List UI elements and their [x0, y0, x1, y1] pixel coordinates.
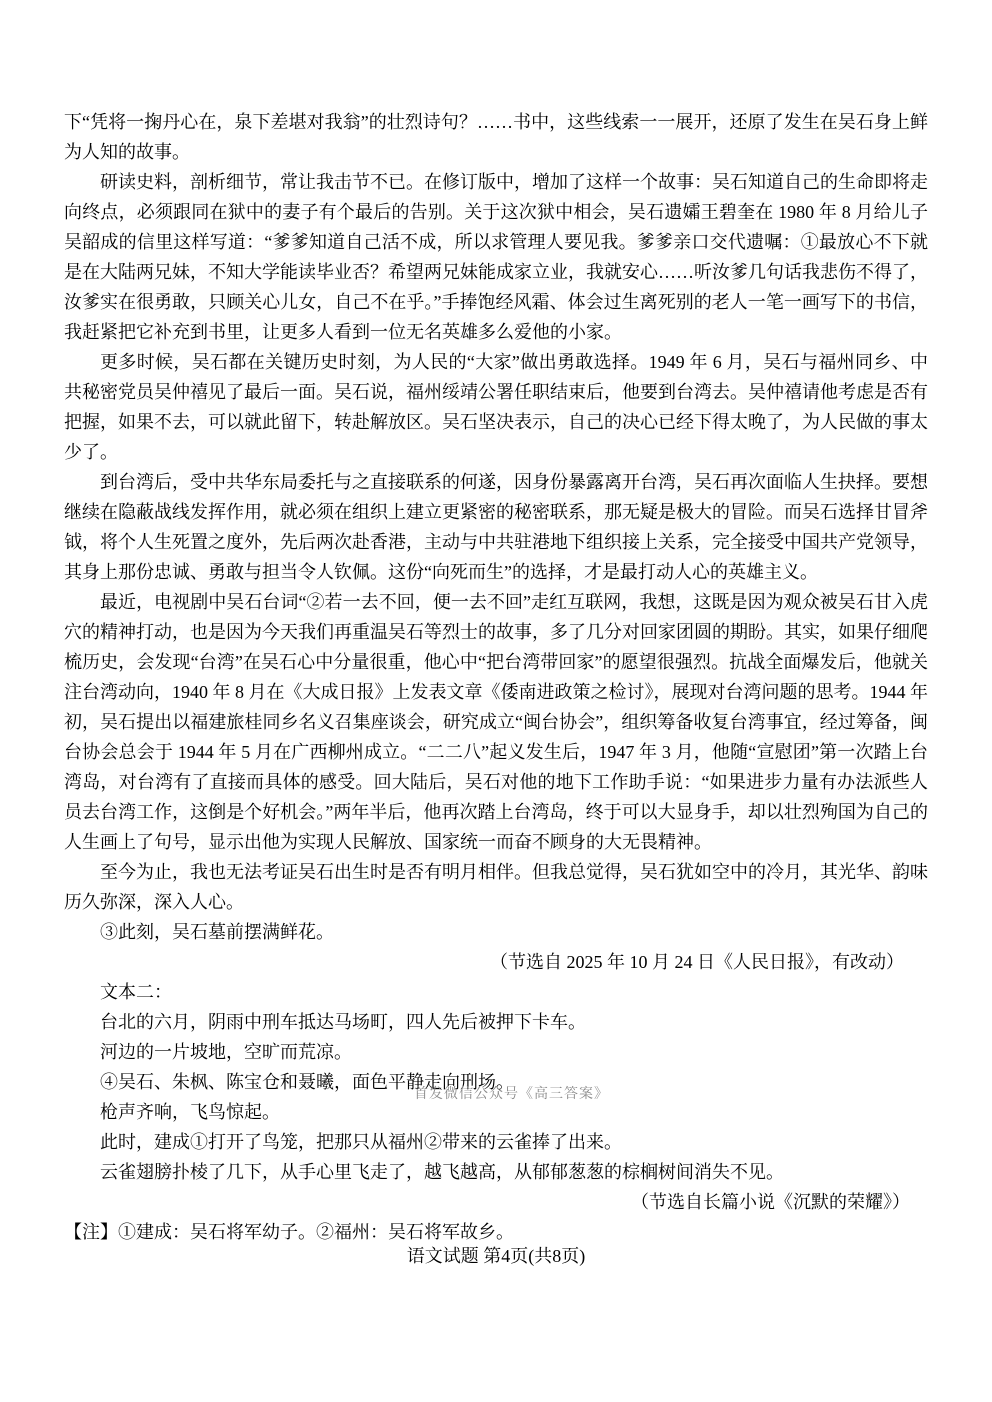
watermark-text: 首发微信公众号《高三答案》 — [414, 1085, 609, 1101]
paragraph-prison-farewell: 研读史料，剖析细节，常让我击节不已。在修订版中，增加了这样一个故事：吴石知道自己… — [64, 167, 928, 347]
attribution-text-one: （节选自 2025 年 10 月 24 日《人民日报》，有改动） — [64, 947, 928, 977]
attribution-text-two: （节选自长篇小说《沉默的荣耀》） — [64, 1187, 928, 1217]
paragraph-taipei-june: 台北的六月，阴雨中刑车抵达马场町，四人先后被押下卡车。 — [64, 1007, 928, 1037]
page-footer: 语文试题 第4页(共8页) — [0, 1245, 992, 1267]
paragraph-cold-moon: 至今为止，我也无法考证吴石出生时是否有明月相伴。但我总觉得，吴石犹如空中的冷月，… — [64, 857, 928, 917]
paragraph-flowers-at-tomb: ③此刻，吴石墓前摆满鲜花。 — [64, 917, 928, 947]
paragraph-continuation: 下“凭将一掬丹心在，泉下差堪对我翁”的壮烈诗句？……书中，这些线索一一展开，还原… — [64, 107, 928, 167]
paragraph-tv-drama-taiwan: 最近，电视剧中吴石台词“②若一去不回，便一去不回”走红互联网，我想，这既是因为观… — [64, 587, 928, 857]
paragraph-skylark: 云雀翅膀扑棱了几下，从手心里飞走了，越飞越高，从郁郁葱葱的棕榈树间消失不见。 — [64, 1157, 928, 1187]
paragraph-birdcage: 此时，建成①打开了鸟笼，把那只从福州②带来的云雀捧了出来。 — [64, 1127, 928, 1157]
passage-content: 下“凭将一掬丹心在，泉下差堪对我翁”的壮烈诗句？……书中，这些线索一一展开，还原… — [64, 107, 928, 1247]
exam-page: 下“凭将一掬丹心在，泉下差堪对我翁”的壮烈诗句？……书中，这些线索一一展开，还原… — [0, 0, 992, 1402]
paragraph-key-choices: 更多时候，吴石都在关键历史时刻，为人民的“大家”做出勇敢选择。1949 年 6 … — [64, 347, 928, 467]
paragraph-execution-scene: ④吴石、朱枫、陈宝仓和聂曦，面色平静走向刑场。首发微信公众号《高三答案》 — [64, 1067, 928, 1097]
paragraph-taiwan-decision: 到台湾后，受中共华东局委托与之直接联系的何遂，因身份暴露离开台湾，吴石再次面临人… — [64, 467, 928, 587]
paragraph-riverbank: 河边的一片坡地，空旷而荒凉。 — [64, 1037, 928, 1067]
text-two-heading: 文本二： — [64, 977, 928, 1007]
paragraph-gunshots: 枪声齐响，飞鸟惊起。 — [64, 1097, 928, 1127]
footnote: 【注】①建成：吴石将军幼子。②福州：吴石将军故乡。 — [64, 1217, 928, 1247]
